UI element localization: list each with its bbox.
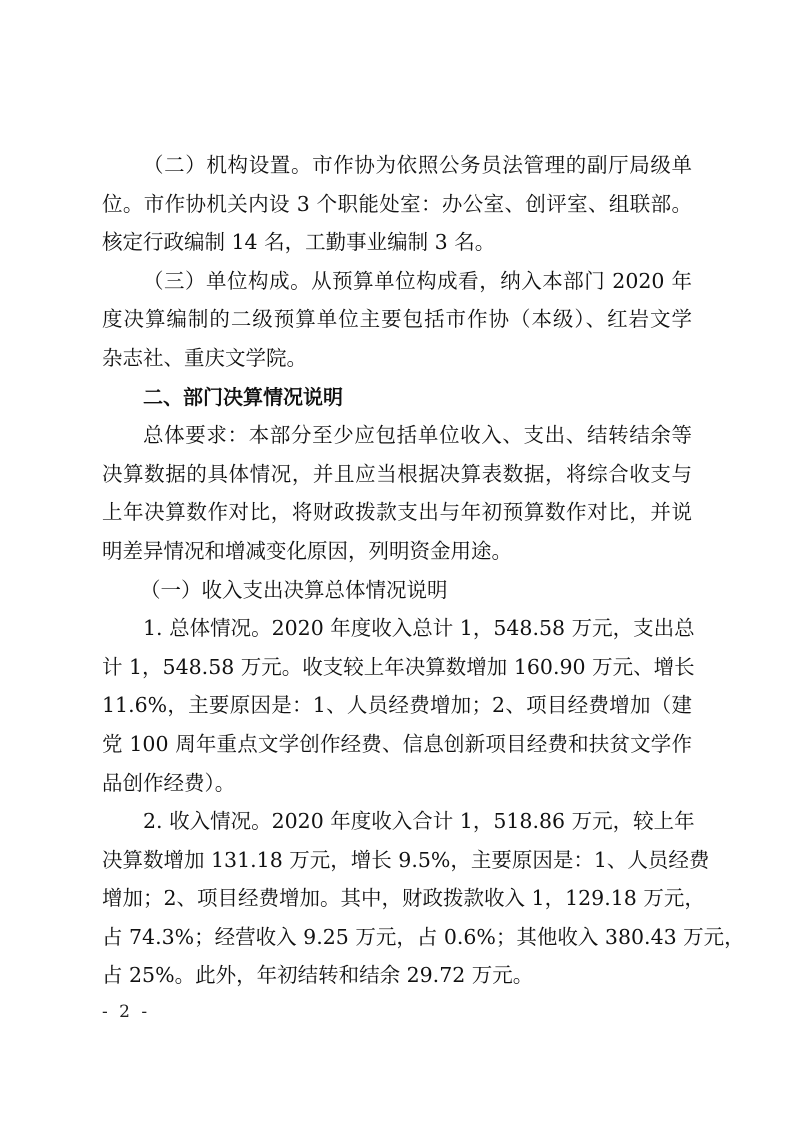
text-line: 计 1，548.58 万元。收支较上年决算数增加 160.90 万元、增长 [102, 648, 692, 687]
subsection-heading: （一）收入支出决算总体情况说明 [102, 571, 692, 610]
text-line: 品创作经费）。 [102, 764, 692, 803]
text-line: 2. 收入情况。2020 年度收入合计 1，518.86 万元，较上年 [102, 802, 692, 841]
section-heading: 二、部门决算情况说明 [102, 378, 692, 417]
text-line: 位。市作协机关内设 3 个职能处室：办公室、创评室、组联部。 [102, 185, 692, 224]
paragraph-unit-composition: （三）单位构成。从预算单位构成看，纳入本部门 2020 年 度决算编制的二级预算… [102, 262, 692, 378]
text-line: 核定行政编制 14 名，工勤事业编制 3 名。 [102, 223, 692, 262]
page-number: - 2 - [102, 1002, 150, 1022]
subsection-one-title: （一）收入支出决算总体情况说明 [102, 571, 692, 610]
section-two-title: 二、部门决算情况说明 [102, 378, 692, 417]
text-line: 度决算编制的二级预算单位主要包括市作协（本级）、红岩文学 [102, 300, 692, 339]
text-line: 杂志社、重庆文学院。 [102, 339, 692, 378]
paragraph-overall-situation: 1. 总体情况。2020 年度收入总计 1，548.58 万元，支出总 计 1，… [102, 609, 692, 802]
paragraph-general-requirements: 总体要求：本部分至少应包括单位收入、支出、结转结余等 决算数据的具体情况，并且应… [102, 416, 692, 570]
text-line: 1. 总体情况。2020 年度收入总计 1，548.58 万元，支出总 [102, 609, 692, 648]
text-line: 增加；2、项目经费增加。其中，财政拨款收入 1，129.18 万元， [102, 879, 692, 918]
text-line: 党 100 周年重点文学创作经费、信息创新项目经费和扶贫文学作 [102, 725, 692, 764]
text-line: 总体要求：本部分至少应包括单位收入、支出、结转结余等 [102, 416, 692, 455]
paragraph-income-situation: 2. 收入情况。2020 年度收入合计 1，518.86 万元，较上年 决算数增… [102, 802, 692, 995]
text-line: 上年决算数作对比，将财政拨款支出与年初预算数作对比，并说 [102, 493, 692, 532]
text-line: （二）机构设置。市作协为依照公务员法管理的副厅局级单 [102, 146, 692, 185]
text-line: （三）单位构成。从预算单位构成看，纳入本部门 2020 年 [102, 262, 692, 301]
text-line: 11.6%，主要原因是：1、人员经费增加；2、项目经费增加（建 [102, 686, 692, 725]
text-line: 明差异情况和增减变化原因，列明资金用途。 [102, 532, 692, 571]
document-page: （二）机构设置。市作协为依照公务员法管理的副厅局级单 位。市作协机关内设 3 个… [102, 146, 692, 995]
paragraph-org-setup: （二）机构设置。市作协为依照公务员法管理的副厅局级单 位。市作协机关内设 3 个… [102, 146, 692, 262]
text-line: 占 25%。此外，年初结转和结余 29.72 万元。 [102, 956, 692, 995]
text-line: 占 74.3%；经营收入 9.25 万元，占 0.6%；其他收入 380.43 … [102, 918, 692, 957]
text-line: 决算数据的具体情况，并且应当根据决算表数据，将综合收支与 [102, 455, 692, 494]
text-line: 决算数增加 131.18 万元，增长 9.5%，主要原因是：1、人员经费 [102, 841, 692, 880]
